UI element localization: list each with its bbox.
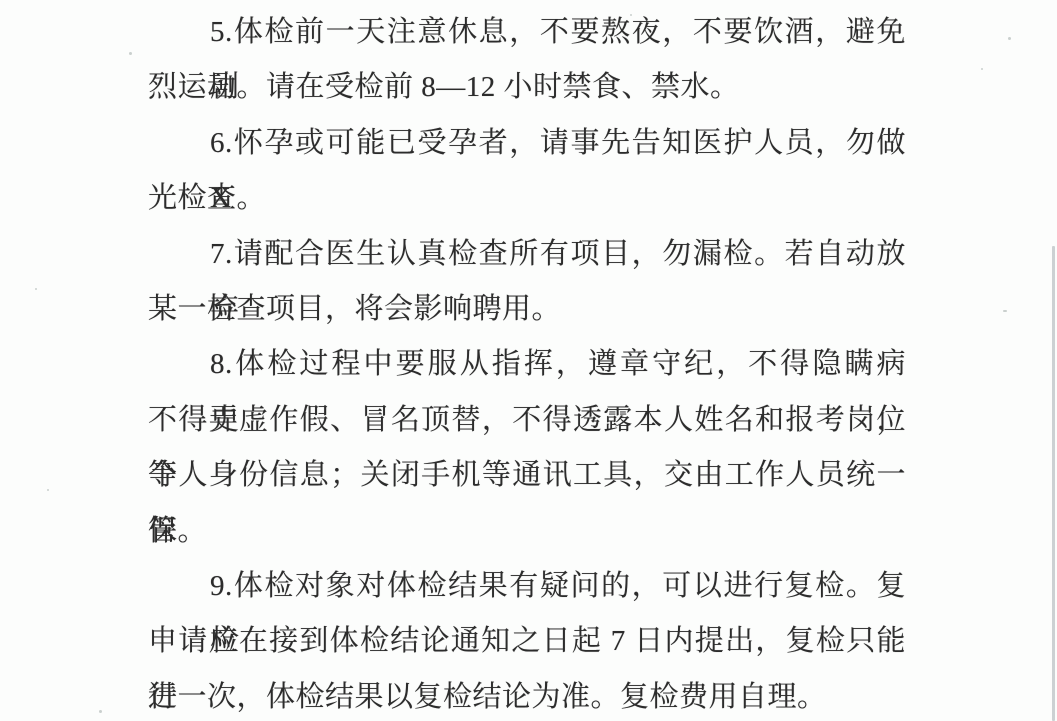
text-line-item8-2: 不得弄虚作假、冒名顶替，不得透露本人姓名和报考岗位等 [148,393,906,448]
scan-speck [1008,37,1011,40]
text-line-item8-4: 管。 [148,504,906,559]
text-line-item5-2: 烈运动。请在受检前 8—12 小时禁食、禁水。 [148,60,906,115]
text-line-item9-2: 申请应在接到体检结论通知之日起 7 日内提出，复检只能进 [148,614,906,669]
text-line-item8-1: 8.体检过程中要服从指挥，遵章守纪，不得隐瞒病史， [148,337,906,392]
scan-speck [981,68,983,70]
text-line-item5-1: 5.体检前一天注意休息，不要熬夜，不要饮酒，避免剧 [148,5,906,60]
scan-speck [630,14,632,16]
text-line-item9-1: 9.体检对象对体检结果有疑问的，可以进行复检。复检 [148,559,906,614]
scan-edge-shadow [1052,246,1055,721]
scan-speck [99,710,102,713]
scan-speck [129,52,132,55]
scan-speck [47,489,49,491]
text-line-item9-3: 行一次，体检结果以复检结论为准。复检费用自理。 [148,670,906,721]
text-line-item8-3: 个人身份信息；关闭手机等通讯工具，交由工作人员统一保 [148,448,906,503]
text-line-item7-2: 某一检查项目，将会影响聘用。 [148,282,906,337]
scan-speck [35,288,37,290]
text-line-item7-1: 7.请配合医生认真检查所有项目，勿漏检。若自动放弃 [148,227,906,282]
scan-speck [1003,310,1007,312]
scanned-document-page: 5.体检前一天注意休息，不要熬夜，不要饮酒，避免剧 烈运动。请在受检前 8—12… [0,0,1057,721]
document-text-block: 5.体检前一天注意休息，不要熬夜，不要饮酒，避免剧 烈运动。请在受检前 8—12… [148,5,906,721]
text-line-item6-1: 6.怀孕或可能已受孕者，请事先告知医护人员，勿做 X [148,116,906,171]
text-line-item6-2: 光检查。 [148,171,906,226]
